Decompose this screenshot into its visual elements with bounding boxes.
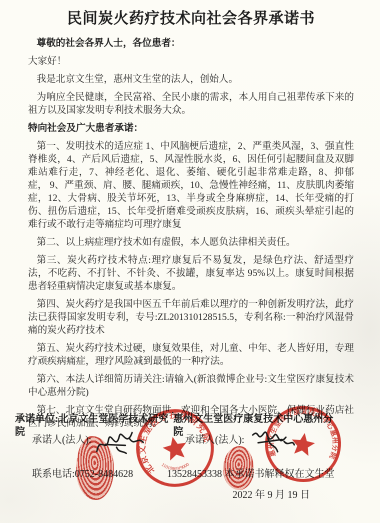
intro-paragraph-1: 我是北京文生堂，惠州文生堂的法人，创始人。 (28, 73, 354, 86)
seal-code-left: 1101086919000 (159, 457, 191, 475)
promise-item-5: 第五、炭火药疗技术过硬，康复效果佳，对儿童、中年、老人皆好用，专理疗顽疾病痛症，… (28, 342, 354, 368)
date-line: 2022 年 9 月 19 日 (233, 489, 311, 502)
promise-heading: 特向社会及广大患者承诺： (28, 122, 354, 135)
salutation-line: 尊敬的社会各界人士，各位患者： (28, 37, 354, 50)
signature-left-strokes (91, 424, 148, 459)
svg-text:1101086919000: 1101086919000 (159, 457, 191, 475)
document-title: 民间炭火药疗技术向社会各界承诺书 (28, 7, 354, 28)
intro-paragraph-2: 为响应全民健康，全民富裕、全民小康的需求，本人用自己祖辈传承下来的祖方以及国家发… (28, 91, 354, 117)
signature-right-strokes (247, 423, 297, 457)
document-body: 民间炭火药疗技术向社会各界承诺书 尊敬的社会各界人士，各位患者： 大家好！ 我是… (0, 0, 380, 430)
greeting-line: 大家好！ (28, 55, 354, 68)
signature-right (247, 423, 297, 457)
document-page: 民间炭火药疗技术向社会各界承诺书 尊敬的社会各界人士，各位患者： 大家好！ 我是… (0, 0, 380, 523)
promise-item-4: 第四、炭火药疗是我国中医五千年前后难以理疗的一种创新发明疗法，此疗法已获得国家发… (28, 298, 354, 337)
promise-item-6: 第六、本法人详细简历请关注:请输入(新浪微博企业号:文生堂医疗康复技术中心惠州分… (28, 373, 354, 399)
promise-item-3: 第三、炭火药疗技术特点:理疗康复后不易复发，是绿色疗法、舒适型疗法，不吃药、不打… (28, 254, 354, 293)
seal-star-left (161, 434, 189, 461)
promise-item-1: 第一、发明技术的适应症 1、中风脑梗后遗症，2、严重类风湿，3、强直性脊椎炎，4… (28, 140, 354, 231)
promise-item-2: 第二、以上病症理疗技术如有虚假，本人愿负法律相关责任。 (28, 236, 354, 249)
signature-left (91, 424, 148, 459)
